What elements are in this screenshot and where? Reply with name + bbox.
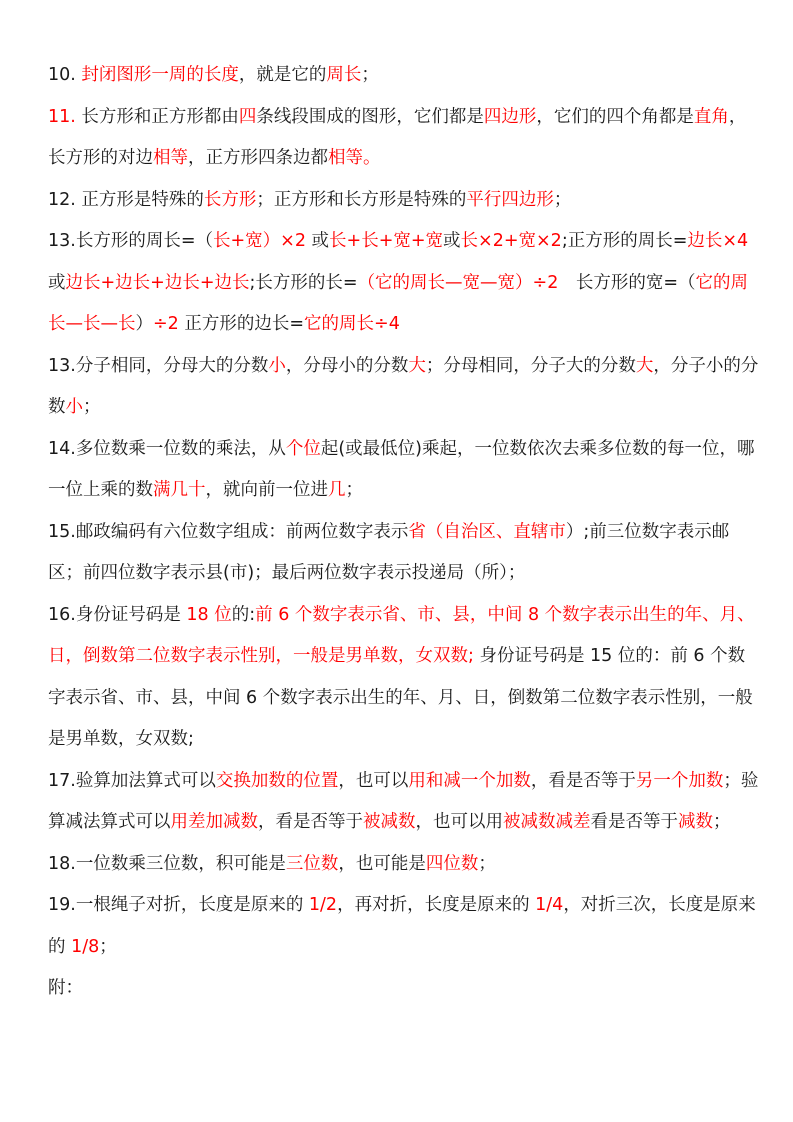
body-text: ； xyxy=(361,65,379,85)
body-text: 19.一根绳子对折，长度是原来的 xyxy=(48,895,309,915)
body-text: ，就是它的 xyxy=(239,65,327,85)
highlighted-text: （它的周长—宽—宽）÷2 xyxy=(358,273,559,293)
body-text: ； xyxy=(99,937,117,957)
body-text: 长方形和正方形都由 xyxy=(81,107,239,127)
body-text: 12. 正方形是特殊的 xyxy=(48,190,204,210)
highlighted-text: 长方形 xyxy=(204,190,257,210)
body-text: ，就向前一位进 xyxy=(206,480,329,500)
paragraph-19: 19.一根绳子对折，长度是原来的 1/2，再对折，长度是原来的 1/4，对折三次… xyxy=(48,885,760,968)
highlighted-text: 被减数减差 xyxy=(503,812,591,832)
highlighted-text: 长+长+宽+宽 xyxy=(329,231,443,251)
body-text: ，也可以用 xyxy=(416,812,504,832)
highlighted-text: 四位数 xyxy=(426,854,479,874)
document-page: 10. 封闭图形一周的长度，就是它的周长； 11. 长方形和正方形都由四条线段围… xyxy=(48,55,760,1010)
highlighted-text: 满几十 xyxy=(153,480,206,500)
body-text: 14.多位数乘一位数的乘法，从 xyxy=(48,439,286,459)
paragraph-12: 12. 正方形是特殊的长方形；正方形和长方形是特殊的平行四边形； xyxy=(48,180,760,222)
body-text: 18.一位数乘三位数，积可能是 xyxy=(48,854,286,874)
highlighted-text: 相等 xyxy=(153,148,188,168)
body-text: ； xyxy=(478,854,496,874)
highlighted-text: 小 xyxy=(268,356,286,376)
body-text: ） xyxy=(136,314,154,334)
body-text: 看是否等于 xyxy=(591,812,679,832)
body-text: ;长方形的长= xyxy=(250,273,358,293)
body-text: ，它们的四个角都是 xyxy=(536,107,694,127)
body-text: 条线段围成的图形，它们都是 xyxy=(256,107,484,127)
body-text: ； xyxy=(83,397,101,417)
body-text: ，再对折，长度是原来的 xyxy=(337,895,535,915)
highlighted-text: 减数 xyxy=(678,812,713,832)
body-text: 16.身份证号码是 xyxy=(48,605,186,625)
highlighted-text: 个位 xyxy=(286,439,321,459)
highlighted-text: 交换加数的位置 xyxy=(216,771,339,791)
body-text: 附： xyxy=(48,978,83,998)
paragraph-appendix: 附： xyxy=(48,968,760,1010)
highlighted-text: 1/4 xyxy=(535,895,563,915)
body-text: ； xyxy=(554,190,572,210)
highlighted-text: 长+宽）×2 xyxy=(213,231,306,251)
paragraph-17: 17.验算加法算式可以交换加数的位置，也可以用和减一个加数，看是否等于另一个加数… xyxy=(48,761,760,844)
highlighted-text: 小 xyxy=(66,397,84,417)
body-text: 13.分子相同，分母大的分数 xyxy=(48,356,268,376)
body-text: ，正方形四条边都 xyxy=(188,148,328,168)
body-text: 长方形的宽=（ xyxy=(558,273,695,293)
body-text: ;正方形的周长= xyxy=(562,231,688,251)
highlighted-text: 用和减一个加数 xyxy=(408,771,531,791)
highlighted-text: 长×2+宽×2 xyxy=(461,231,562,251)
paragraph-11: 11. 长方形和正方形都由四条线段围成的图形，它们都是四边形，它们的四个角都是直… xyxy=(48,97,760,180)
highlighted-text: 相等。 xyxy=(328,148,381,168)
highlighted-text: 平行四边形 xyxy=(466,190,554,210)
body-text: 或 xyxy=(306,231,329,251)
highlighted-text: 直角 xyxy=(694,107,729,127)
highlighted-text: 1/8 xyxy=(71,937,99,957)
body-text: ，也可能是 xyxy=(338,854,426,874)
body-text: ，分母小的分数 xyxy=(286,356,409,376)
body-text: 或 xyxy=(48,273,66,293)
paragraph-15: 15.邮政编码有六位数字组成：前两位数字表示省（自治区、直辖市）;前三位数字表示… xyxy=(48,512,760,595)
body-text: ；正方形和长方形是特殊的 xyxy=(256,190,466,210)
highlighted-text: 1/2 xyxy=(309,895,337,915)
body-text: ，看是否等于 xyxy=(258,812,363,832)
highlighted-text: 省（自治区、直辖市 xyxy=(408,522,566,542)
highlighted-text: 18 位 xyxy=(186,605,231,625)
paragraph-14: 14.多位数乘一位数的乘法，从个位起(或最低位)乘起，一位数依次去乘多位数的每一… xyxy=(48,429,760,512)
body-text: 17.验算加法算式可以 xyxy=(48,771,216,791)
body-text: 正方形的边长= xyxy=(179,314,304,334)
highlighted-text: 用差加减数 xyxy=(171,812,259,832)
highlighted-text: 它的周长÷4 xyxy=(304,314,400,334)
highlighted-text: 封闭图形一周的长度 xyxy=(81,65,239,85)
body-text: ； xyxy=(346,480,364,500)
highlighted-text: 另一个加数 xyxy=(636,771,724,791)
body-text: 10. xyxy=(48,65,81,85)
paragraph-10: 10. 封闭图形一周的长度，就是它的周长； xyxy=(48,55,760,97)
paragraph-13-perimeter: 13.长方形的周长=（长+宽）×2 或长+长+宽+宽或长×2+宽×2;正方形的周… xyxy=(48,221,760,346)
paragraph-18: 18.一位数乘三位数，积可能是三位数，也可能是四位数； xyxy=(48,844,760,886)
body-text: 15.邮政编码有六位数字组成：前两位数字表示 xyxy=(48,522,408,542)
paragraph-13-fractions: 13.分子相同，分母大的分数小，分母小的分数大；分母相同，分子大的分数大，分子小… xyxy=(48,346,760,429)
paragraph-16: 16.身份证号码是 18 位的:前 6 个数字表示省、市、县，中间 8 个数字表… xyxy=(48,595,760,761)
highlighted-text: 大 xyxy=(636,356,654,376)
body-text: ，也可以 xyxy=(338,771,408,791)
highlighted-text: 几 xyxy=(328,480,346,500)
highlighted-text: 被减数 xyxy=(363,812,416,832)
body-text: 或 xyxy=(443,231,461,251)
body-text: ； xyxy=(713,812,731,832)
body-text: 的: xyxy=(232,605,255,625)
body-text: 13.长方形的周长=（ xyxy=(48,231,213,251)
highlighted-text: 边长+边长+边长+边长 xyxy=(66,273,250,293)
body-text: ，看是否等于 xyxy=(531,771,636,791)
highlighted-text: ÷2 xyxy=(153,314,179,334)
highlighted-text: 周长 xyxy=(326,65,361,85)
highlighted-text: 11. xyxy=(48,107,81,127)
body-text: ；分母相同，分子大的分数 xyxy=(426,356,636,376)
highlighted-text: 四边形 xyxy=(484,107,537,127)
highlighted-text: 边长×4 xyxy=(687,231,748,251)
highlighted-text: 大 xyxy=(408,356,426,376)
highlighted-text: 四 xyxy=(239,107,257,127)
highlighted-text: 三位数 xyxy=(286,854,339,874)
